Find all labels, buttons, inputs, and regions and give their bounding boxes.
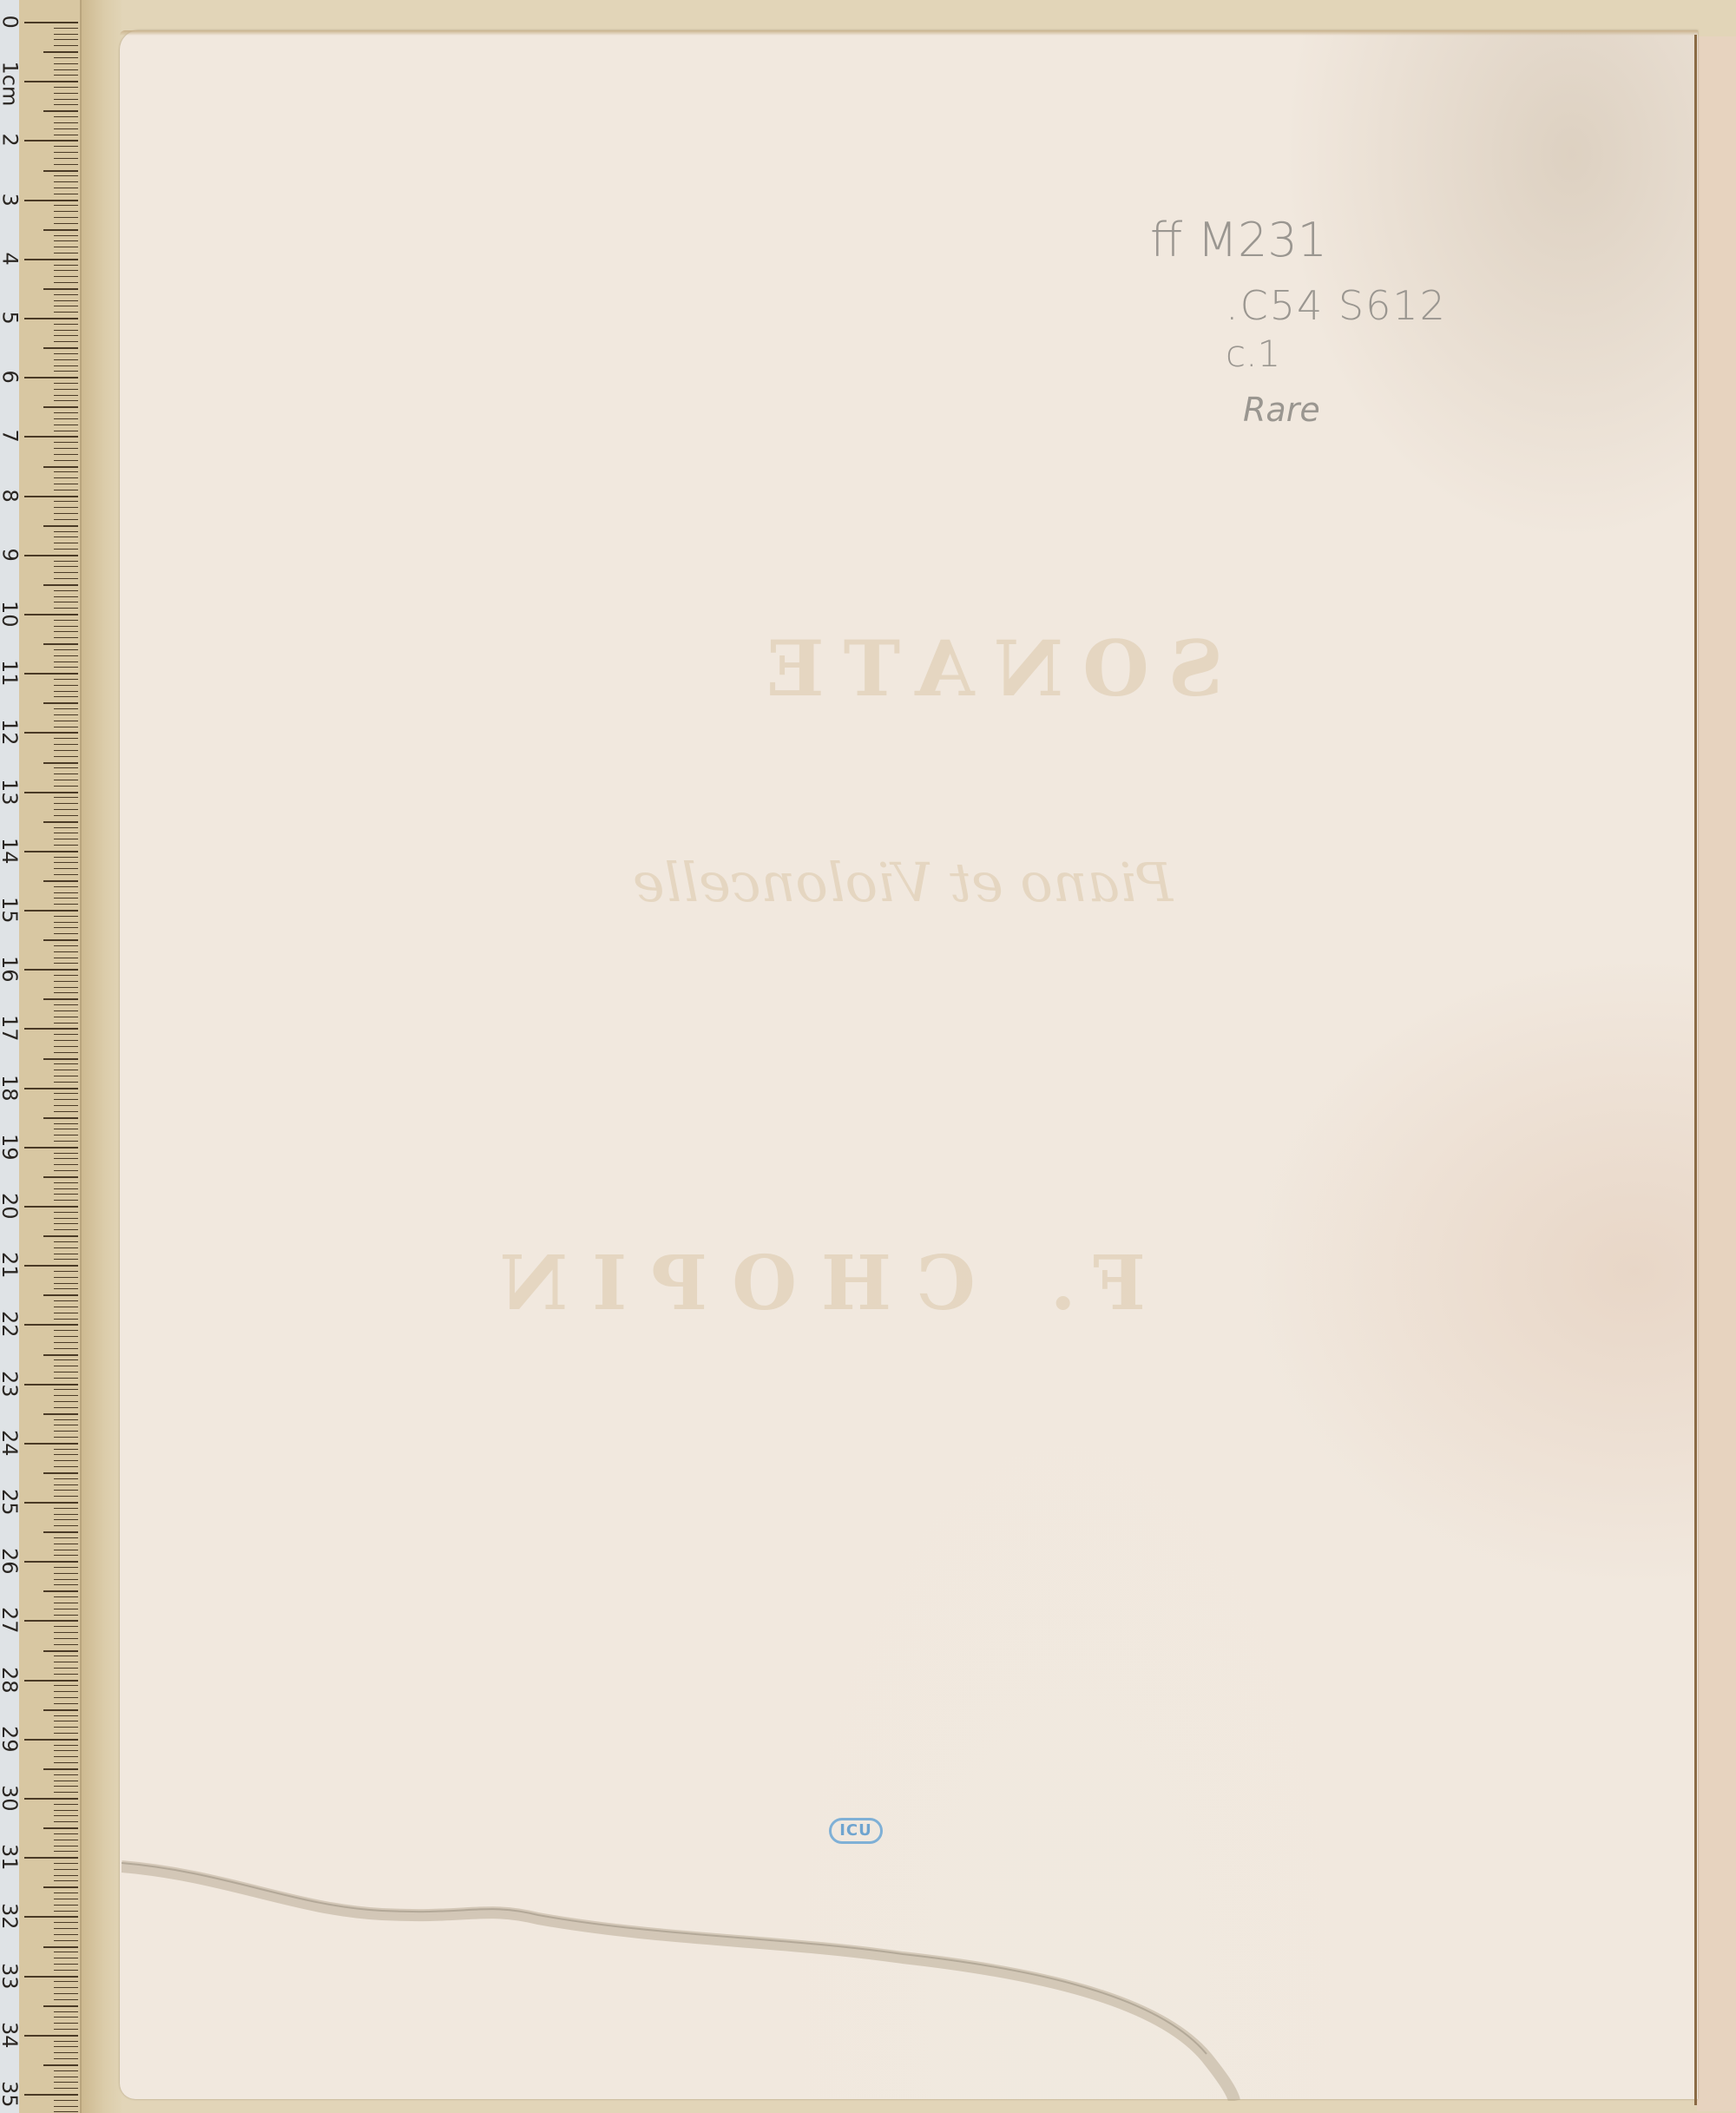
ruler-tick — [54, 75, 78, 76]
ruler-tick — [54, 431, 78, 431]
ruler-label-strip: 01cm234567891011121314151617181920212223… — [0, 0, 19, 2113]
ruler-tick — [54, 1046, 78, 1047]
ruler-tick — [54, 626, 78, 627]
ruler-tick — [54, 1892, 78, 1893]
ruler-tick — [24, 614, 78, 615]
ruler-tick — [43, 1117, 78, 1119]
ruler-tick — [54, 727, 78, 727]
ruler-tick — [54, 1348, 78, 1349]
ruler-tick — [54, 1034, 78, 1035]
ruler-tick — [24, 969, 78, 971]
ruler-tick — [54, 1928, 78, 1929]
ruler-tick — [54, 549, 78, 550]
ruler-tick — [43, 51, 78, 53]
ruler-tick — [54, 1840, 78, 1840]
ruler-tick — [54, 691, 78, 692]
ruler-tick — [43, 1413, 78, 1415]
ruler-tick — [24, 1976, 78, 1978]
ruler-tick — [54, 714, 78, 715]
ruler-tick — [54, 1703, 78, 1704]
ruler-tick — [54, 667, 78, 668]
ruler-tick — [54, 1188, 78, 1189]
ruler-tick — [54, 1460, 78, 1461]
ruler-tick — [54, 662, 78, 662]
ruler-tick — [54, 839, 78, 839]
ruler-tick — [43, 347, 78, 349]
ruler-tick — [54, 1911, 78, 1912]
ruler-tick — [54, 1200, 78, 1201]
ruler-number: 21 — [0, 1252, 21, 1278]
ruler-tick — [54, 1194, 78, 1195]
ruler-tick — [54, 1111, 78, 1112]
ruler-tick — [24, 22, 78, 23]
pencil-call-number-line1: ff M231 — [1150, 213, 1327, 267]
show-through-composer: F. CHOPIN — [660, 1240, 1146, 1327]
ruler-tick — [54, 1093, 78, 1094]
ruler-number: 20 — [0, 1193, 21, 1219]
ruler-tick — [54, 1105, 78, 1106]
ruler-tick — [54, 1247, 78, 1248]
ruler-tick — [54, 857, 78, 858]
ruler-number: 30 — [0, 1785, 21, 1811]
ruler-tick — [54, 916, 78, 917]
ruler-tick — [54, 1484, 78, 1485]
ruler-tick — [54, 1040, 78, 1041]
ruler-tick — [54, 1508, 78, 1509]
ruler-tick — [43, 1768, 78, 1770]
ruler-tick — [54, 306, 78, 306]
ruler-tick — [54, 175, 78, 176]
ruler-tick — [54, 395, 78, 396]
ruler-tick — [54, 1934, 78, 1935]
water-stain — [122, 1858, 1267, 2101]
ruler-tick — [54, 696, 78, 697]
ruler-tick — [43, 466, 78, 468]
ruler-tick — [54, 2088, 78, 2089]
ruler-number: 25 — [0, 1489, 21, 1515]
ruler-number: 1cm — [0, 62, 21, 101]
ruler-tick — [54, 1288, 78, 1289]
ruler-tick — [54, 235, 78, 236]
ruler-tick — [54, 1609, 78, 1609]
ruler-tick — [54, 1905, 78, 1906]
ruler-tick — [54, 1229, 78, 1230]
ruler-tick — [43, 1058, 78, 1060]
ruler-tick — [54, 649, 78, 650]
ruler-tick — [54, 1449, 78, 1450]
ruler-tick — [24, 377, 78, 378]
ruler-tick — [54, 330, 78, 331]
ruler-tick — [54, 1099, 78, 1100]
ruler-tick — [54, 1821, 78, 1822]
ruler-tick — [54, 1993, 78, 1994]
ruler-number: 17 — [0, 1015, 21, 1041]
ruler-tick — [43, 643, 78, 645]
ruler-tick — [24, 792, 78, 793]
ruler-tick — [43, 170, 78, 172]
ruler-tick — [54, 454, 78, 455]
ruler-tick — [54, 1300, 78, 1301]
ruler-tick — [54, 1685, 78, 1686]
ruler-tick — [54, 1419, 78, 1420]
ruler-tick — [43, 702, 78, 704]
ruler-tick — [54, 2100, 78, 2101]
ruler-tick — [54, 1952, 78, 1952]
ruler-tick — [54, 951, 78, 952]
ruler-tick — [54, 922, 78, 923]
ruler-tick — [54, 608, 78, 609]
ruler-number: 7 — [0, 430, 21, 443]
ruler-tick — [54, 1158, 78, 1159]
ruler-tick — [54, 87, 78, 88]
ruler-tick — [43, 110, 78, 112]
ruler-tick — [43, 288, 78, 290]
ruler-tick — [54, 1271, 78, 1272]
ruler-tick — [54, 1218, 78, 1219]
ruler-tick — [54, 1644, 78, 1645]
ruler-tick — [54, 265, 78, 266]
ruler-tick — [54, 1496, 78, 1497]
ruler-number: 12 — [0, 719, 21, 745]
scan-background — [82, 0, 122, 2113]
ruler-tick — [54, 501, 78, 502]
ruler-tick — [54, 655, 78, 656]
ruler-tick — [54, 270, 78, 271]
ruler-tick — [54, 2041, 78, 2042]
ruler-tick — [54, 1182, 78, 1183]
ruler-number: 29 — [0, 1726, 21, 1752]
ruler-tick — [54, 1466, 78, 1467]
ruler-tick — [54, 773, 78, 774]
pencil-copy-number: c.1 — [1226, 332, 1280, 375]
ruler-tick — [54, 1478, 78, 1479]
ruler-tick — [54, 1366, 78, 1366]
ruler-tick — [54, 786, 78, 787]
ruler-tick — [54, 1875, 78, 1876]
ruler-tick — [24, 140, 78, 142]
ruler-tick — [54, 797, 78, 798]
ruler-tick — [54, 1425, 78, 1425]
ruler-tick — [54, 1342, 78, 1343]
ruler-tick — [54, 1544, 78, 1544]
ruler-number: 34 — [0, 2022, 21, 2048]
ruler-tick — [54, 862, 78, 863]
ruler-number: 4 — [0, 252, 21, 265]
ruler-tick — [24, 732, 78, 734]
ruler-tick — [54, 620, 78, 621]
ruler-tick — [54, 1241, 78, 1242]
ruler-tick — [54, 158, 78, 159]
ruler-tick — [54, 1584, 78, 1585]
ruler-tick — [54, 1810, 78, 1811]
ruler-tick — [54, 1674, 78, 1675]
ruler-tick — [54, 359, 78, 360]
show-through-subtitle: Piano et Violoncelle — [599, 851, 1207, 914]
ruler-tick — [54, 1550, 78, 1550]
ruler-tick — [54, 1733, 78, 1734]
ruler-number: 32 — [0, 1903, 21, 1929]
ruler-tick — [54, 1490, 78, 1491]
ruler-tick — [43, 406, 78, 408]
ruler-tick — [43, 821, 78, 823]
ruler-tick — [54, 1170, 78, 1171]
ruler-number: 0 — [0, 16, 21, 29]
measurement-ruler — [19, 0, 82, 2113]
ruler-tick — [54, 1052, 78, 1053]
ruler-tick — [54, 1603, 78, 1603]
ruler-tick — [54, 1514, 78, 1515]
ruler-tick — [54, 590, 78, 591]
ruler-tick — [43, 1235, 78, 1237]
ruler-number: 35 — [0, 2081, 21, 2107]
ruler-tick — [54, 69, 78, 70]
ruler-number: 31 — [0, 1844, 21, 1870]
ruler-tick — [54, 425, 78, 425]
ruler-tick — [43, 525, 78, 527]
ruler-tick — [54, 1656, 78, 1656]
ruler-tick — [24, 1265, 78, 1267]
ruler-tick — [54, 708, 78, 709]
ruler-tick — [24, 1324, 78, 1326]
ruler-tick — [24, 1798, 78, 1800]
ruler-tick — [43, 1650, 78, 1652]
ruler-tick — [43, 2064, 78, 2066]
ruler-tick — [54, 93, 78, 94]
ruler-tick — [54, 933, 78, 934]
ruler-tick — [54, 39, 78, 40]
ruler-tick — [54, 815, 78, 816]
ruler-tick — [54, 324, 78, 325]
ruler-tick — [54, 122, 78, 123]
ruler-tick — [54, 631, 78, 632]
ruler-tick — [24, 2035, 78, 2037]
ruler-tick — [54, 400, 78, 401]
ruler-tick — [54, 45, 78, 46]
show-through-title: SONATE — [642, 623, 1328, 714]
ruler-tick — [54, 1756, 78, 1757]
ruler-tick — [54, 1319, 78, 1320]
ruler-tick — [54, 1254, 78, 1254]
ruler-tick — [24, 1857, 78, 1859]
ruler-tick — [54, 371, 78, 372]
ruler-tick — [24, 496, 78, 497]
ruler-tick — [54, 412, 78, 413]
ruler-tick — [54, 1401, 78, 1402]
ruler-tick — [24, 436, 78, 438]
ruler-tick — [54, 1063, 78, 1064]
ruler-tick — [54, 1981, 78, 1982]
ruler-tick — [43, 1709, 78, 1711]
ruler-number: 23 — [0, 1371, 21, 1397]
ruler-tick — [54, 128, 78, 129]
ruler-tick — [54, 1372, 78, 1372]
ruler-tick — [24, 1561, 78, 1563]
ruler-tick — [54, 1525, 78, 1526]
ruler-tick — [54, 1537, 78, 1538]
ruler-tick — [54, 1715, 78, 1716]
ruler-number: 24 — [0, 1430, 21, 1456]
ruler-number: 3 — [0, 193, 21, 206]
ruler-tick — [54, 365, 78, 366]
ruler-tick — [54, 1283, 78, 1284]
ruler-tick — [54, 300, 78, 301]
ruler-tick — [54, 2070, 78, 2071]
ruler-tick — [54, 1141, 78, 1142]
ruler-tick — [54, 1555, 78, 1556]
ruler-tick — [54, 904, 78, 905]
ruler-tick — [54, 34, 78, 35]
ruler-tick — [54, 685, 78, 686]
ruler-tick — [54, 181, 78, 182]
ruler-number: 33 — [0, 1963, 21, 1989]
ruler-tick — [54, 1958, 78, 1958]
ruler-tick — [54, 442, 78, 443]
ruler-tick — [54, 1750, 78, 1751]
ruler-tick — [54, 1123, 78, 1124]
ruler-tick — [54, 477, 78, 478]
ruler-tick — [54, 1573, 78, 1574]
ruler-tick — [54, 28, 78, 29]
ruler-tick — [54, 217, 78, 218]
ruler-tick — [24, 555, 78, 556]
ruler-number: 26 — [0, 1548, 21, 1574]
page-gutter — [1694, 35, 1697, 2105]
ruler-number: 8 — [0, 489, 21, 502]
ruler-tick — [54, 247, 78, 247]
ruler-number: 14 — [0, 838, 21, 864]
ruler-tick — [54, 513, 78, 514]
ruler-tick — [24, 851, 78, 852]
ruler-tick — [54, 809, 78, 810]
ruler-tick — [54, 744, 78, 745]
ruler-tick — [54, 1070, 78, 1070]
ruler-tick — [54, 164, 78, 165]
ruler-tick — [54, 1023, 78, 1024]
ruler-tick — [54, 767, 78, 768]
ruler-tick — [54, 833, 78, 833]
ruler-tick — [54, 1313, 78, 1313]
ruler-tick — [24, 1443, 78, 1445]
ruler-tick — [54, 1407, 78, 1408]
ruler-tick — [54, 1212, 78, 1213]
ruler-number: 2 — [0, 134, 21, 147]
ruler-tick — [54, 1745, 78, 1746]
ruler-tick — [54, 2082, 78, 2083]
ruler-number: 28 — [0, 1667, 21, 1693]
ruler-tick — [54, 1615, 78, 1616]
ruler-tick — [43, 998, 78, 1000]
ruler-tick — [24, 1739, 78, 1741]
ruler-tick — [54, 282, 78, 283]
ruler-number: 22 — [0, 1311, 21, 1337]
ruler-tick — [54, 1378, 78, 1379]
ruler-tick — [54, 561, 78, 562]
ruler-tick — [54, 1082, 78, 1083]
ruler-tick — [54, 750, 78, 751]
ruler-tick — [54, 1691, 78, 1692]
ruler-tick — [54, 927, 78, 928]
ruler-tick — [54, 543, 78, 543]
ruler-tick — [54, 1567, 78, 1568]
ruler-tick — [54, 780, 78, 780]
ruler-tick — [54, 152, 78, 153]
ruler-tick — [54, 1004, 78, 1005]
ruler-tick — [54, 566, 78, 567]
ruler-tick — [54, 1999, 78, 2000]
ruler-tick — [54, 1697, 78, 1698]
ruler-tick — [54, 1395, 78, 1396]
ruler-tick — [54, 471, 78, 472]
ruler-tick — [54, 1721, 78, 1721]
ruler-tick — [54, 572, 78, 573]
ruler-tick — [43, 584, 78, 586]
ruler-tick — [43, 762, 78, 764]
ruler-tick — [54, 637, 78, 638]
ruler-tick — [54, 2011, 78, 2012]
ruler-tick — [54, 2046, 78, 2047]
ruler-tick — [54, 146, 78, 147]
ruler-tick — [24, 1502, 78, 1504]
ruler-tick — [54, 2052, 78, 2053]
ruler-tick — [54, 803, 78, 804]
ruler-tick — [54, 253, 78, 253]
ruler-tick — [54, 975, 78, 976]
ruler-tick — [54, 892, 78, 893]
ruler-tick — [54, 116, 78, 117]
ruler-tick — [43, 1354, 78, 1356]
ruler-tick — [54, 987, 78, 988]
ruler-tick — [54, 211, 78, 212]
ruler-tick — [54, 484, 78, 484]
ruler-tick — [54, 1781, 78, 1781]
ruler-tick — [54, 738, 78, 739]
ruler-tick — [54, 531, 78, 532]
ruler-tick — [24, 1680, 78, 1682]
ruler-tick — [54, 868, 78, 869]
ruler-tick — [54, 188, 78, 188]
ruler-tick — [24, 1620, 78, 1622]
ruler-tick — [54, 1437, 78, 1438]
ruler-tick — [54, 194, 78, 194]
ruler-tick — [54, 1869, 78, 1870]
ruler-tick — [54, 958, 78, 958]
ruler-tick — [54, 1153, 78, 1154]
ruler-tick — [54, 57, 78, 58]
ruler-tick — [43, 1176, 78, 1178]
pencil-rare-note: Rare — [1243, 391, 1320, 429]
ruler-tick — [24, 1088, 78, 1089]
ruler-tick — [54, 898, 78, 899]
ruler-number: 18 — [0, 1075, 21, 1101]
ruler-tick — [54, 1863, 78, 1864]
ruler-tick — [54, 1164, 78, 1165]
ruler-tick — [54, 1454, 78, 1455]
ruler-tick — [54, 981, 78, 982]
ruler-tick — [54, 2058, 78, 2059]
ruler-tick — [54, 1668, 78, 1669]
ruler-number: 15 — [0, 897, 21, 923]
adjacent-page-edge — [1697, 36, 1736, 2111]
ruler-tick — [54, 886, 78, 887]
ruler-tick — [54, 2017, 78, 2018]
ruler-tick — [24, 910, 78, 912]
ruler-number: 6 — [0, 371, 21, 384]
ruler-tick — [54, 205, 78, 206]
ruler-tick — [54, 223, 78, 224]
ruler-tick — [54, 1815, 78, 1816]
ruler-tick — [54, 1922, 78, 1923]
ruler-tick — [54, 1940, 78, 1941]
